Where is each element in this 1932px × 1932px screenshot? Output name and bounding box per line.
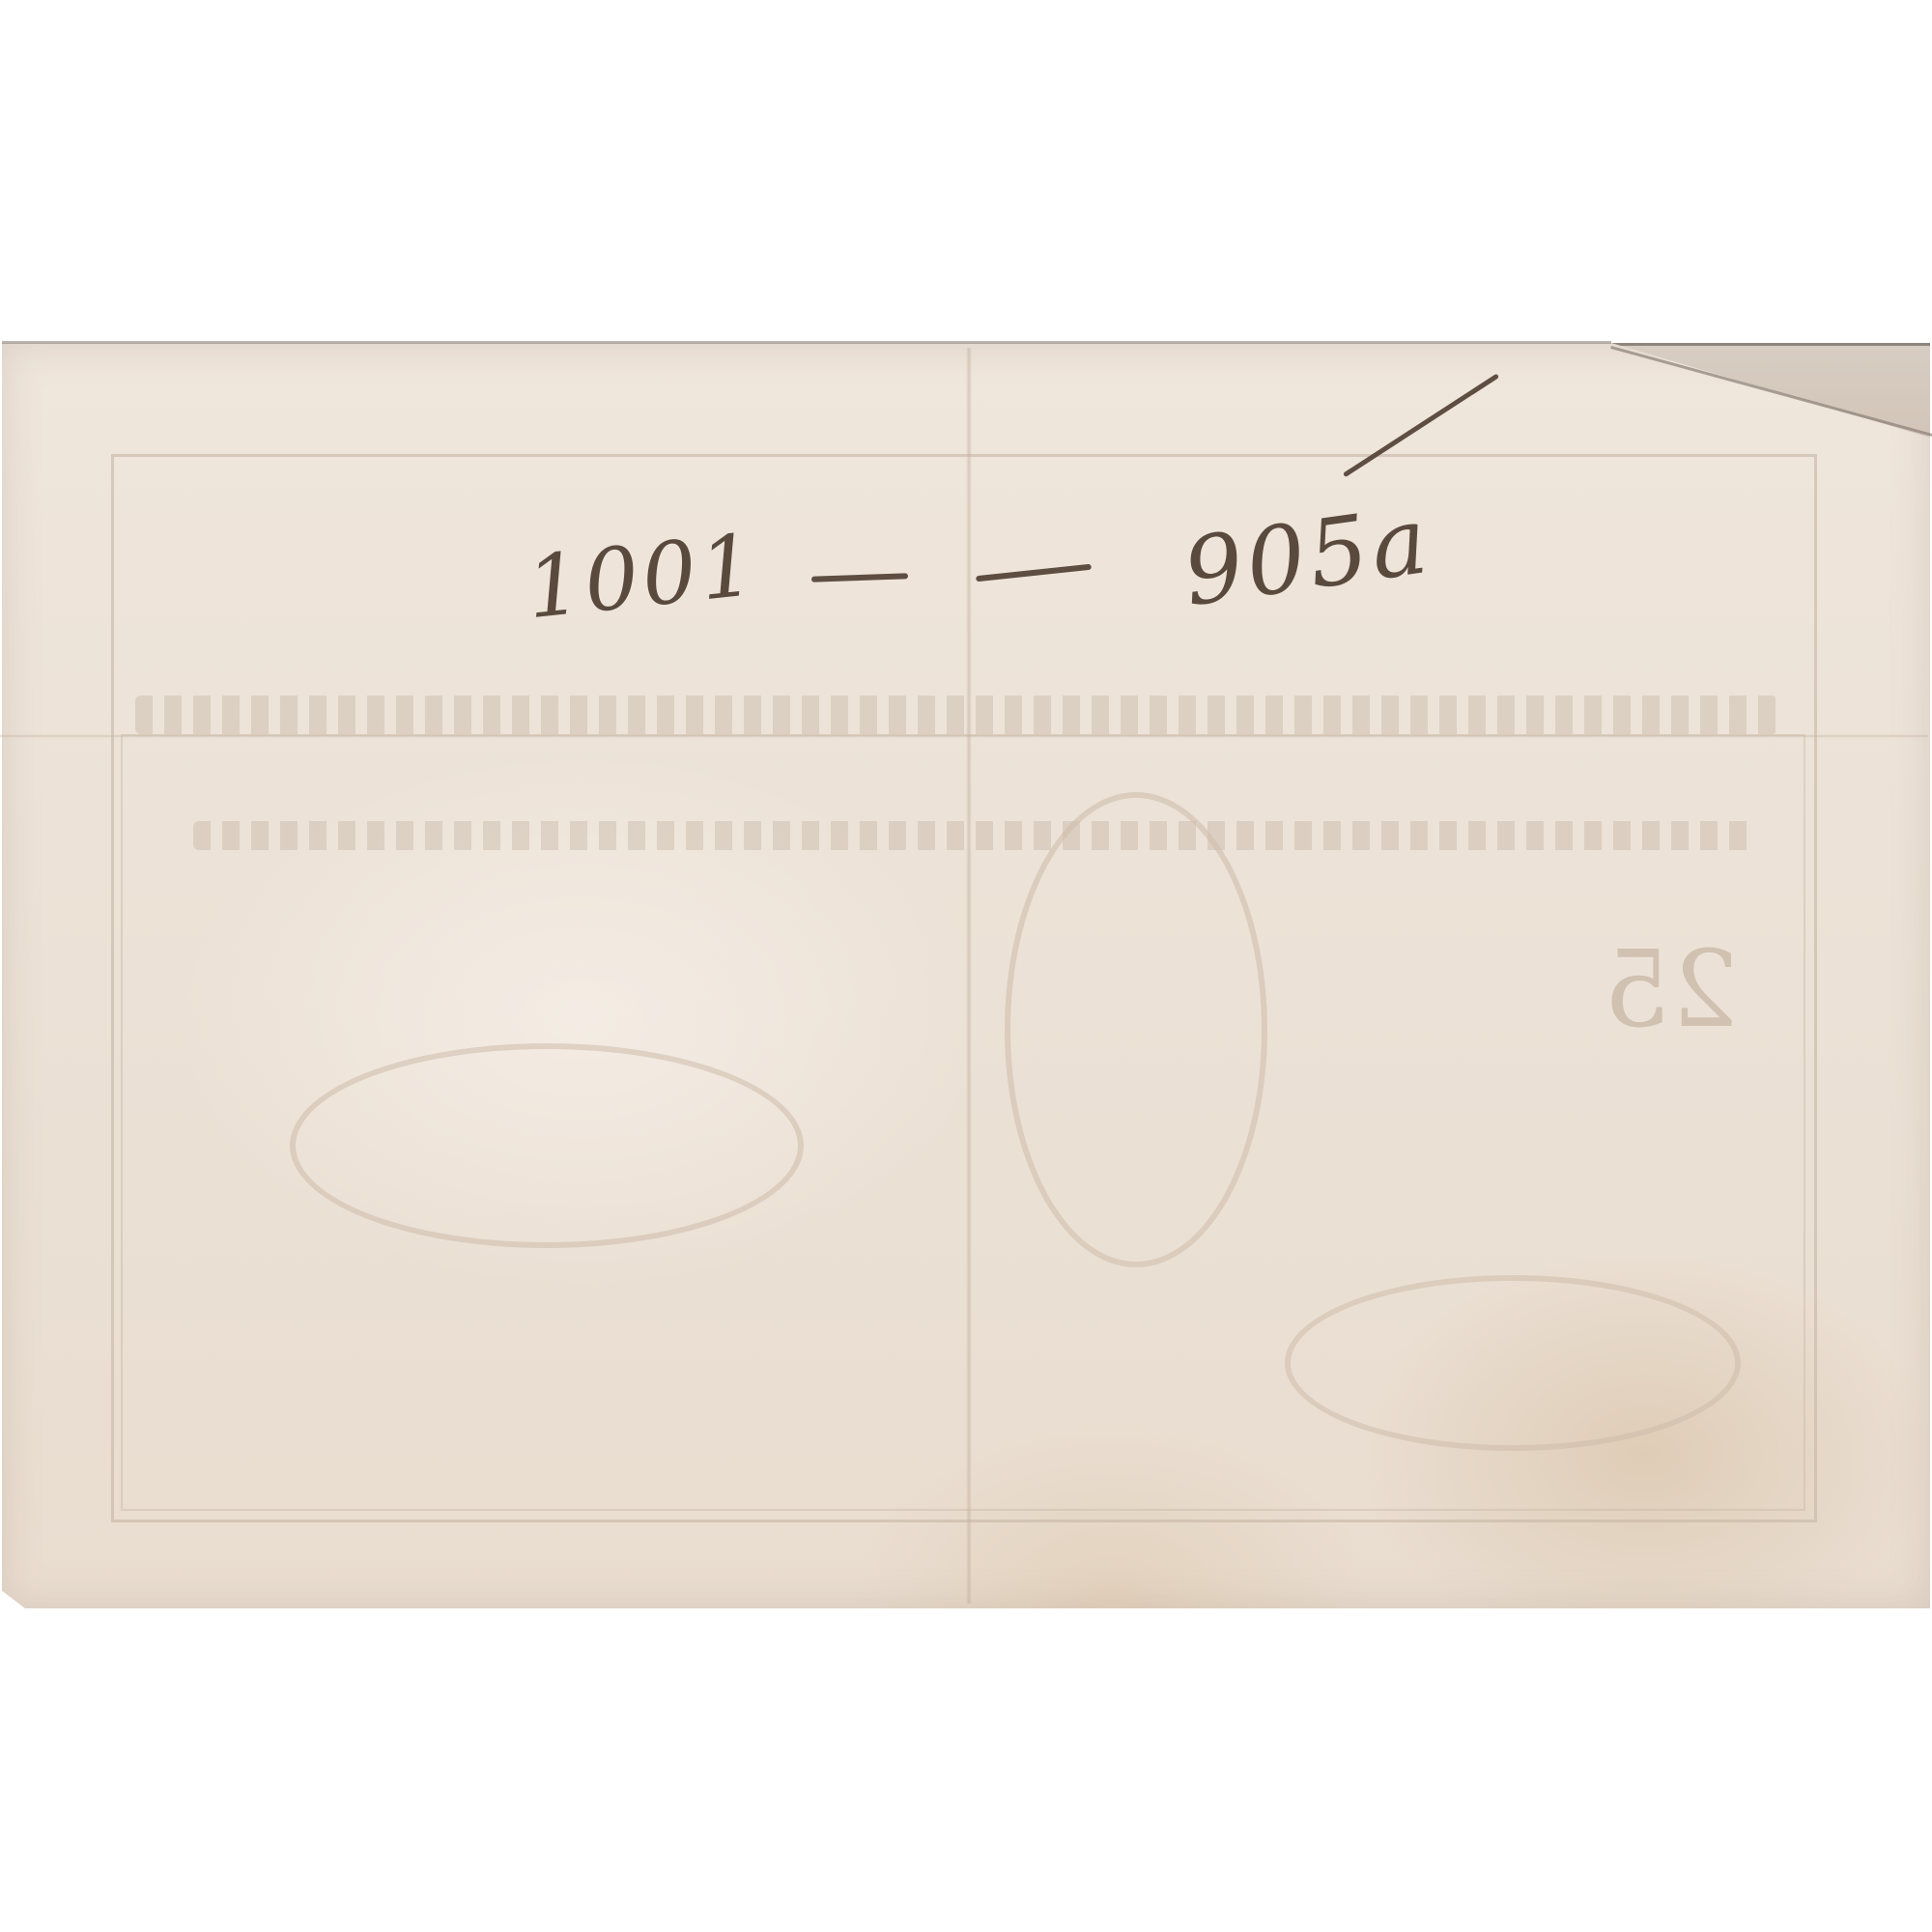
paper-top-edge: [2, 341, 1611, 344]
embossed-ornament-left: [290, 1043, 804, 1248]
embossed-medallion: [1005, 792, 1267, 1267]
embossed-denomination: 25: [1604, 927, 1739, 1051]
horizontal-crease: [0, 734, 1928, 738]
vertical-crease: [966, 348, 972, 1604]
embossed-text-line-1: [135, 696, 1777, 734]
embossed-text-line-2: [193, 821, 1758, 850]
embossed-ornament-right: [1285, 1275, 1741, 1451]
